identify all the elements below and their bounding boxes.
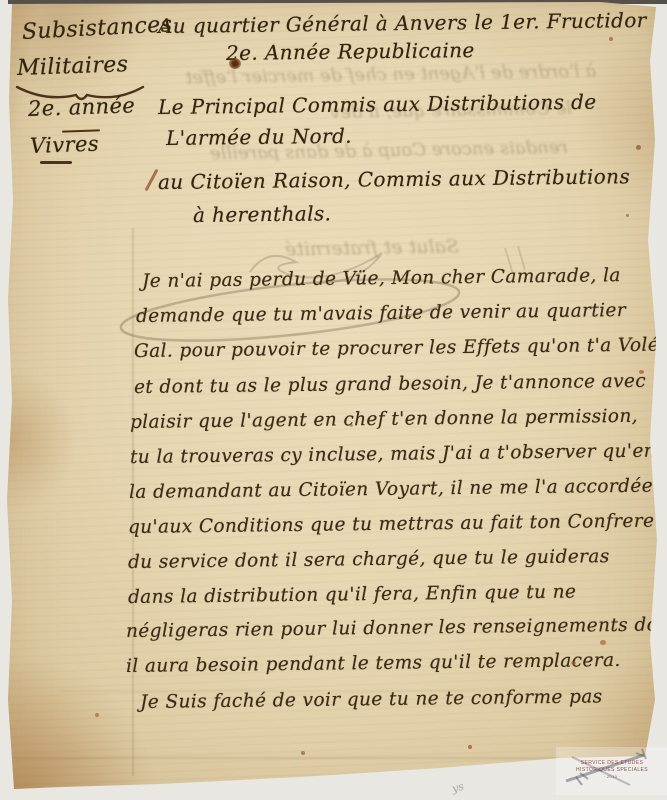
foxing-spot [639, 370, 644, 374]
foxing-spot [301, 751, 305, 755]
recipient-line1: au Citoïen Raison, Commis aux Distributi… [158, 164, 630, 194]
horizontal-scratch [60, 690, 580, 692]
scanned-letter-page: { "document": { "type": "handwritten-let… [0, 0, 667, 800]
ink-blot [229, 58, 241, 69]
recipient-line2: à herenthals. [193, 201, 332, 227]
body-line: il aura besoin pendant le tems qu'il te … [126, 650, 621, 677]
body-line: du service dont il sera chargé, que tu l… [128, 546, 610, 573]
red-check-mark [145, 169, 159, 192]
foxing-spot [571, 661, 576, 665]
horizontal-fold-crease [0, 757, 560, 759]
body-line: tu la trouveras cy incluse, mais J'ai a … [130, 441, 656, 468]
underline-vivres [40, 161, 72, 164]
margin-note-vivres: Vivres [30, 132, 100, 158]
paper-sheet: à l'ordre de l'Agent en chef de mercier … [0, 0, 667, 800]
body-line: qu'aux Conditions que tu mettras au fait… [128, 511, 655, 538]
margin-note-subsistances: Subsistances [21, 12, 173, 45]
body-line: Je n'ai pas perdu de Vüe, Mon cher Camar… [142, 265, 621, 292]
foxing-spot [626, 214, 629, 217]
vertical-fold-crease [132, 228, 134, 776]
stamp-text-line2: HISTORIQUES SPECIALES [558, 767, 666, 773]
foxing-spot [468, 745, 472, 749]
body-line: et dont tu as le plus grand besoin, Je t… [134, 371, 646, 398]
body-line: dans la distribution qu'il fera, Enfin q… [128, 582, 577, 608]
document-scan: à l'ordre de l'Agent en chef de mercier … [0, 0, 667, 800]
sender-line2: L'armée du Nord. [166, 124, 352, 150]
foxing-spot [95, 713, 99, 717]
body-line: plaisir que l'agent en chef t'en donne l… [130, 406, 638, 433]
pencil-mark: ys [451, 780, 466, 796]
archive-watermark-stamp: SERVICE DES ETUDES HISTORIQUES SPECIALES… [556, 747, 667, 795]
heading-place-date-line2: 2e. Année Republicaine [226, 38, 475, 65]
ghost-signature-flourish [100, 238, 530, 348]
body-line: négligeras rien pour lui donner les rens… [126, 614, 667, 642]
foxing-spot [609, 37, 613, 41]
foxing-spot [600, 640, 606, 645]
margin-note-annee: 2e. année [28, 93, 136, 121]
foxing-spot [636, 145, 641, 150]
foxing-spot [350, 424, 353, 427]
body-line: la demandant au Citoïen Voyart, il ne me… [129, 476, 653, 503]
stamp-text-line3: · 2013 · [558, 774, 666, 779]
margin-note-militaires: Militaires [17, 52, 129, 81]
stamp-text-line1: SERVICE DES ETUDES [558, 760, 666, 766]
heading-place-date-line1: Au quartier Général à Anvers le 1er. Fru… [158, 8, 647, 38]
